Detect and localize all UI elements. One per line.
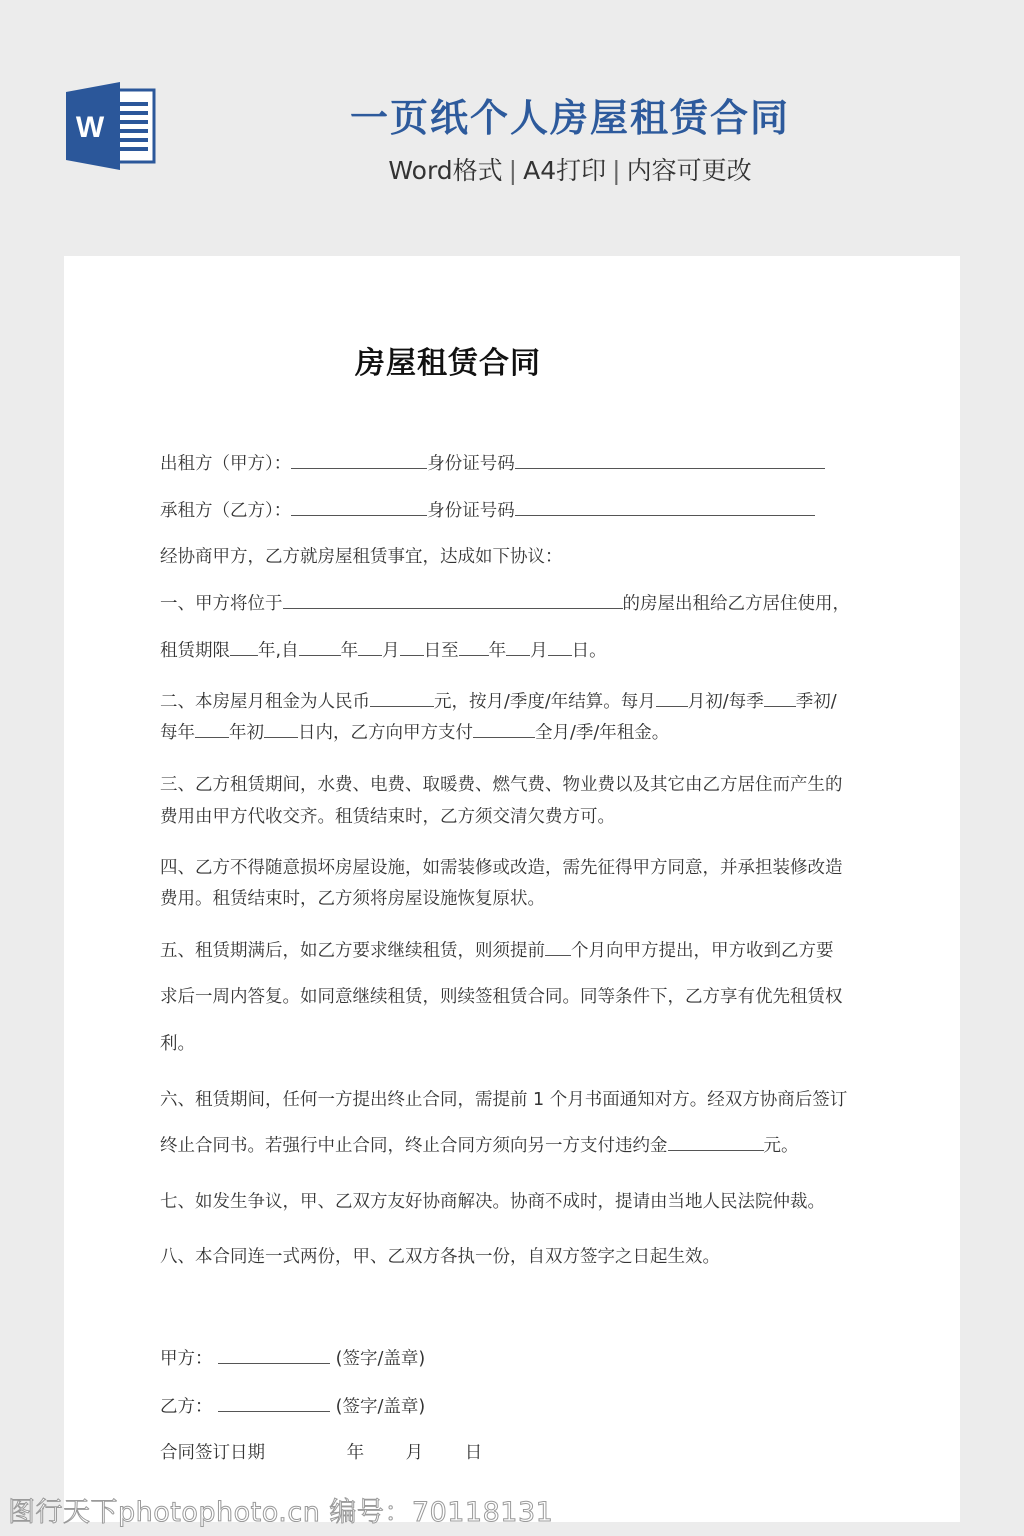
- year-label: 年: [347, 1443, 365, 1463]
- term-text: 年: [341, 641, 359, 661]
- lessee-line: 承租方（乙方）：身份证号码: [160, 498, 815, 524]
- party-b-signature-field[interactable]: [218, 1394, 330, 1412]
- clause-5-text: 五、租赁期满后，如乙方要求继续租赁，则须提前: [160, 941, 545, 961]
- lessor-id-field[interactable]: [515, 451, 825, 469]
- term-label: 租赁期限: [160, 641, 230, 661]
- lessor-name-field[interactable]: [291, 451, 427, 469]
- clause-6-line-2: 终止合同书。若强行中止合同，终止合同方须向另一方支付违约金元。: [160, 1133, 799, 1159]
- clause-2-text: 全月/季/年租金。: [535, 723, 669, 743]
- sign-note: (签字/盖章): [336, 1349, 426, 1369]
- clause-3-line-2: 费用由甲方代收交齐。租赁结束时，乙方须交清欠费方可。: [160, 804, 615, 830]
- month-label: 月: [406, 1443, 424, 1463]
- subtitle-format: Word格式: [388, 156, 502, 185]
- clause-2-text: 月初/每季: [688, 692, 764, 712]
- lessee-id-field[interactable]: [515, 498, 815, 516]
- lessor-line: 出租方（甲方）：身份证号码: [160, 451, 825, 477]
- lessee-label: 承租方（乙方）：: [160, 501, 291, 521]
- clause-2-text: 季初/: [796, 692, 837, 712]
- clause-7: 七、如发生争议，甲、乙双方友好协商解决。协商不成时，提请由当地人民法院仲裁。: [160, 1189, 825, 1215]
- quarterly-due-field[interactable]: [764, 689, 796, 707]
- clause-1-term-line: 租赁期限年,自年月日至年月日。: [160, 638, 607, 664]
- page-canvas: W 一页纸个人房屋租赁合同 Word格式|A4打印|内容可更改 房屋租赁合同 出…: [0, 0, 1024, 1536]
- lessee-name-field[interactable]: [291, 498, 427, 516]
- start-day-field[interactable]: [400, 638, 424, 656]
- clause-6-line-1: 六、租赁期间，任何一方提出终止合同，需提前 1 个月书面通知对方。经双方协商后签…: [160, 1087, 847, 1113]
- clause-2-text: 元，按月/季度/年结算。每月: [434, 692, 656, 712]
- clause-2-text: 二、本房屋月租金为人民币: [160, 692, 370, 712]
- intro-text: 经协商甲方，乙方就房屋租赁事宜，达成如下协议：: [160, 544, 563, 570]
- clause-1-line-1: 一、甲方将位于的房屋出租给乙方居住使用，: [160, 591, 850, 617]
- party-a-signature-field[interactable]: [218, 1346, 330, 1364]
- clause-5-line-3: 利。: [160, 1031, 195, 1057]
- clause-1-text-a: 一、甲方将位于: [160, 594, 283, 614]
- banner-title: 一页纸个人房屋租赁合同: [300, 92, 840, 144]
- banner-subtitle: Word格式|A4打印|内容可更改: [300, 152, 840, 190]
- end-month-field[interactable]: [506, 638, 530, 656]
- due-days-field[interactable]: [264, 720, 298, 738]
- day-label: 日: [465, 1443, 483, 1463]
- subtitle-print: A4打印: [523, 156, 606, 185]
- term-text: 日。: [572, 641, 607, 661]
- clause-4-line-2: 费用。租赁结束时，乙方须将房屋设施恢复原状。: [160, 886, 545, 912]
- lessor-id-label: 身份证号码: [427, 454, 515, 474]
- clause-1-text-b: 的房屋出租给乙方居住使用，: [623, 594, 851, 614]
- clause-5-line-1: 五、租赁期满后，如乙方要求继续租赁，则须提前个月向甲方提出，甲方收到乙方要: [160, 938, 834, 964]
- lessee-id-label: 身份证号码: [427, 501, 515, 521]
- clause-2-line-2: 每年年初日内，乙方向甲方支付全月/季/年租金。: [160, 720, 669, 746]
- clause-2-text: 每年: [160, 723, 195, 743]
- sign-note: (签字/盖章): [336, 1397, 426, 1417]
- renewal-notice-months-field[interactable]: [545, 938, 571, 956]
- term-text: 年,自: [258, 641, 299, 661]
- term-text: 年: [489, 641, 507, 661]
- term-text: 日至: [424, 641, 459, 661]
- party-b-signature-line: 乙方： (签字/盖章): [160, 1394, 425, 1420]
- signing-date-line: 合同签订日期 年 月 日: [160, 1440, 482, 1466]
- yearly-due-field[interactable]: [195, 720, 229, 738]
- term-text: 月: [530, 641, 548, 661]
- watermark: 图行天下photophoto.cn 编号：70118131: [8, 1490, 553, 1529]
- clause-3-line-1: 三、乙方租赁期间，水费、电费、取暖费、燃气费、物业费以及其它由乙方居住而产生的: [160, 772, 843, 798]
- clause-2-text: 年初: [229, 723, 264, 743]
- word-document-icon: W: [64, 80, 158, 172]
- svg-text:W: W: [76, 111, 105, 144]
- end-day-field[interactable]: [548, 638, 572, 656]
- signing-date-label: 合同签订日期: [160, 1443, 265, 1463]
- party-a-signature-line: 甲方： (签字/盖章): [160, 1346, 425, 1372]
- clause-6-text: 终止合同书。若强行中止合同，终止合同方须向另一方支付违约金: [160, 1136, 668, 1156]
- term-years-field[interactable]: [230, 638, 258, 656]
- document-title: 房屋租赁合同: [0, 338, 896, 382]
- end-year-field[interactable]: [459, 638, 489, 656]
- payment-amount-field[interactable]: [473, 720, 535, 738]
- term-text: 月: [382, 641, 400, 661]
- clause-5-line-2: 求后一周内答复。如同意继续租赁，则续签租赁合同。同等条件下，乙方享有优先租赁权: [160, 984, 843, 1010]
- subtitle-separator: |: [606, 156, 626, 185]
- lessor-label: 出租方（甲方）：: [160, 454, 291, 474]
- party-b-label: 乙方：: [160, 1397, 213, 1417]
- clause-8: 八、本合同连一式两份，甲、乙双方各执一份，自双方签字之日起生效。: [160, 1244, 720, 1270]
- clause-2-line-1: 二、本房屋月租金为人民币元，按月/季度/年结算。每月月初/每季季初/: [160, 689, 837, 715]
- penalty-amount-field[interactable]: [668, 1133, 764, 1151]
- subtitle-editable: 内容可更改: [627, 156, 752, 185]
- rent-amount-field[interactable]: [370, 689, 434, 707]
- clause-6-text: 元。: [764, 1136, 799, 1156]
- clause-4-line-1: 四、乙方不得随意损坏房屋设施，如需装修或改造，需先征得甲方同意，并承担装修改造: [160, 855, 843, 881]
- property-address-field[interactable]: [283, 591, 623, 609]
- monthly-due-field[interactable]: [656, 689, 688, 707]
- clause-5-text: 个月向甲方提出，甲方收到乙方要: [571, 941, 834, 961]
- subtitle-separator: |: [503, 156, 523, 185]
- start-month-field[interactable]: [358, 638, 382, 656]
- clause-2-text: 日内，乙方向甲方支付: [298, 723, 473, 743]
- party-a-label: 甲方：: [160, 1349, 213, 1369]
- start-year-field[interactable]: [299, 638, 341, 656]
